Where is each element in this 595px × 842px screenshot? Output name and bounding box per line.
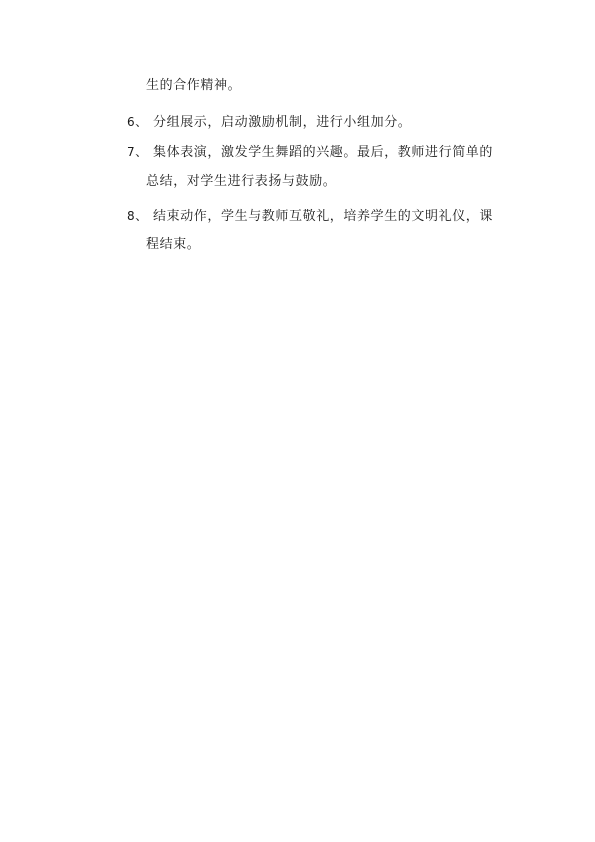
list-number: 6、 [127,114,153,130]
list-item-7-continuation: 总结，对学生进行表扬与鼓励。 [146,174,336,190]
list-item-8-continuation: 程结束。 [146,237,200,253]
list-item-text: 分组展示，启动激励机制，进行小组加分。 [153,115,411,130]
list-item-text: 结束动作，学生与教师互敬礼，培养学生的文明礼仪，课 [153,209,493,224]
list-item-text: 集体表演，激发学生舞蹈的兴趣。最后，教师进行简单的 [153,145,493,160]
list-item-7: 7、集体表演，激发学生舞蹈的兴趣。最后，教师进行简单的 [127,144,493,161]
paragraph-continuation: 生的合作精神。 [146,78,241,94]
list-item-6: 6、分组展示，启动激励机制，进行小组加分。 [127,114,411,131]
document-page: 生的合作精神。 6、分组展示，启动激励机制，进行小组加分。 7、集体表演，激发学… [0,0,595,842]
list-item-8: 8、结束动作，学生与教师互敬礼，培养学生的文明礼仪，课 [127,208,493,225]
list-number: 7、 [127,144,153,160]
list-number: 8、 [127,208,153,224]
